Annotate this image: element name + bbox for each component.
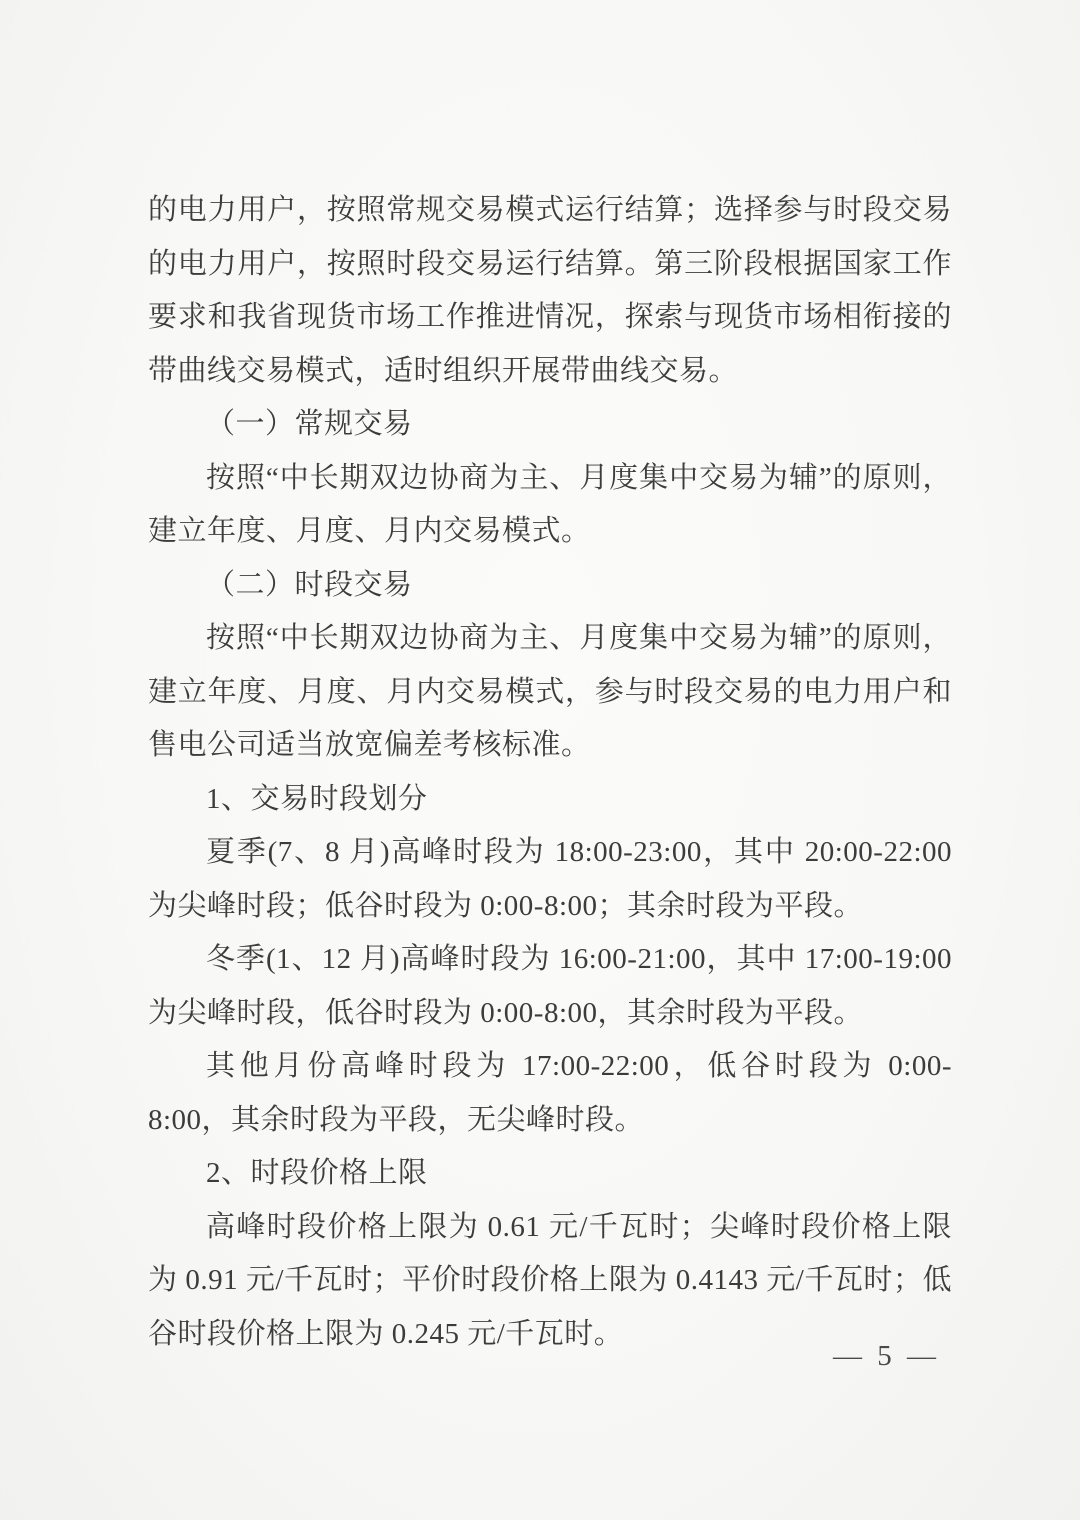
paragraph-regular-trading-principle: 按照“中长期双边协商为主、月度集中交易为辅”的原则，建立年度、月度、月内交易模式… bbox=[148, 452, 952, 559]
paragraph-other-months-periods: 其他月份高峰时段为 17:00-22:00，低谷时段为 0:00-8:00，其余… bbox=[148, 1040, 952, 1147]
page-number: — 5 — bbox=[833, 1340, 940, 1373]
paragraph-settlement-continuation: 的电力用户，按照常规交易模式运行结算；选择参与时段交易的电力用户，按照时段交易运… bbox=[148, 184, 952, 398]
heading-regular-trading: （一）常规交易 bbox=[148, 398, 952, 452]
paragraph-time-period-trading-principle: 按照“中长期双边协商为主、月度集中交易为辅”的原则，建立年度、月度、月内交易模式… bbox=[148, 612, 952, 773]
paragraph-winter-periods: 冬季(1、12 月)高峰时段为 16:00-21:00，其中 17:00-19:… bbox=[148, 933, 952, 1040]
subheading-trading-period-division: 1、交易时段划分 bbox=[148, 773, 952, 827]
paragraph-summer-periods: 夏季(7、8 月)高峰时段为 18:00-23:00，其中 20:00-22:0… bbox=[148, 826, 952, 933]
paragraph-price-caps: 高峰时段价格上限为 0.61 元/千瓦时；尖峰时段价格上限为 0.91 元/千瓦… bbox=[148, 1201, 952, 1362]
scanned-document-page: 的电力用户，按照常规交易模式运行结算；选择参与时段交易的电力用户，按照时段交易运… bbox=[0, 0, 1080, 1520]
heading-time-period-trading: （二）时段交易 bbox=[148, 559, 952, 613]
document-body: 的电力用户，按照常规交易模式运行结算；选择参与时段交易的电力用户，按照时段交易运… bbox=[148, 184, 952, 1361]
subheading-period-price-cap: 2、时段价格上限 bbox=[148, 1147, 952, 1201]
